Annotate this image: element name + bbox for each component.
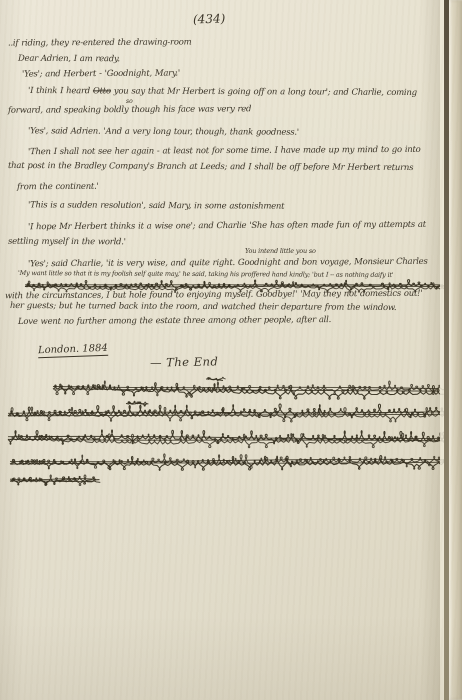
manuscript-page: (434) ..if riding, they re-entered the d… xyxy=(0,0,462,700)
manuscript-line: 'I hope Mr Herbert thinks it a wise one'… xyxy=(28,221,426,233)
struck-out-signature xyxy=(10,472,95,488)
manuscript-line: with the circumstances, I but hole found… xyxy=(5,290,422,302)
manuscript-line: ..if riding, they re-entered the drawing… xyxy=(8,38,191,48)
the-end-label: — The End xyxy=(150,355,219,369)
manuscript-line: 'Yes'; and Herbert - 'Goodnight, Mary.' xyxy=(22,70,180,80)
page-number: (434) xyxy=(193,12,226,26)
manuscript-line: 'Then I shall not see her again - at lea… xyxy=(28,146,421,158)
manuscript-line-with-correction: 'I think I heard Otto you say that Mr He… xyxy=(28,87,417,98)
line-segment: you say that Mr Herbert is going off on … xyxy=(111,86,417,98)
struck-out-line xyxy=(8,428,445,449)
manuscript-line: 'Yes', said Adrien. 'And a very long tou… xyxy=(28,127,299,138)
manuscript-line: 'This is a sudden resolution', said Mary… xyxy=(28,201,284,212)
manuscript-line: 'Yes'; said Charlie, 'it is very wise, a… xyxy=(28,258,428,270)
place-and-date: London. 1884 xyxy=(38,343,108,358)
struck-out-line xyxy=(53,378,438,399)
struck-word: Otto xyxy=(93,86,111,96)
struck-out-line xyxy=(10,451,446,472)
manuscript-line: Love went no further among the estate th… xyxy=(18,316,331,327)
manuscript-line: her guests; but he turned back into the … xyxy=(10,302,396,313)
manuscript-line: forward, and speaking boldly though his … xyxy=(8,105,251,116)
adjacent-page-edge xyxy=(449,0,462,700)
manuscript-line: Dear Adrien, I am ready. xyxy=(18,55,120,65)
line-segment: 'I think I heard xyxy=(28,86,93,96)
struck-out-line xyxy=(8,403,445,424)
manuscript-line: settling myself in the world.' xyxy=(8,238,126,248)
interlinear-insertion: You intend little you so xyxy=(245,248,316,255)
manuscript-line: that post in the Bradley Company's Branc… xyxy=(8,162,413,173)
manuscript-line: from the continent.' xyxy=(17,183,99,193)
